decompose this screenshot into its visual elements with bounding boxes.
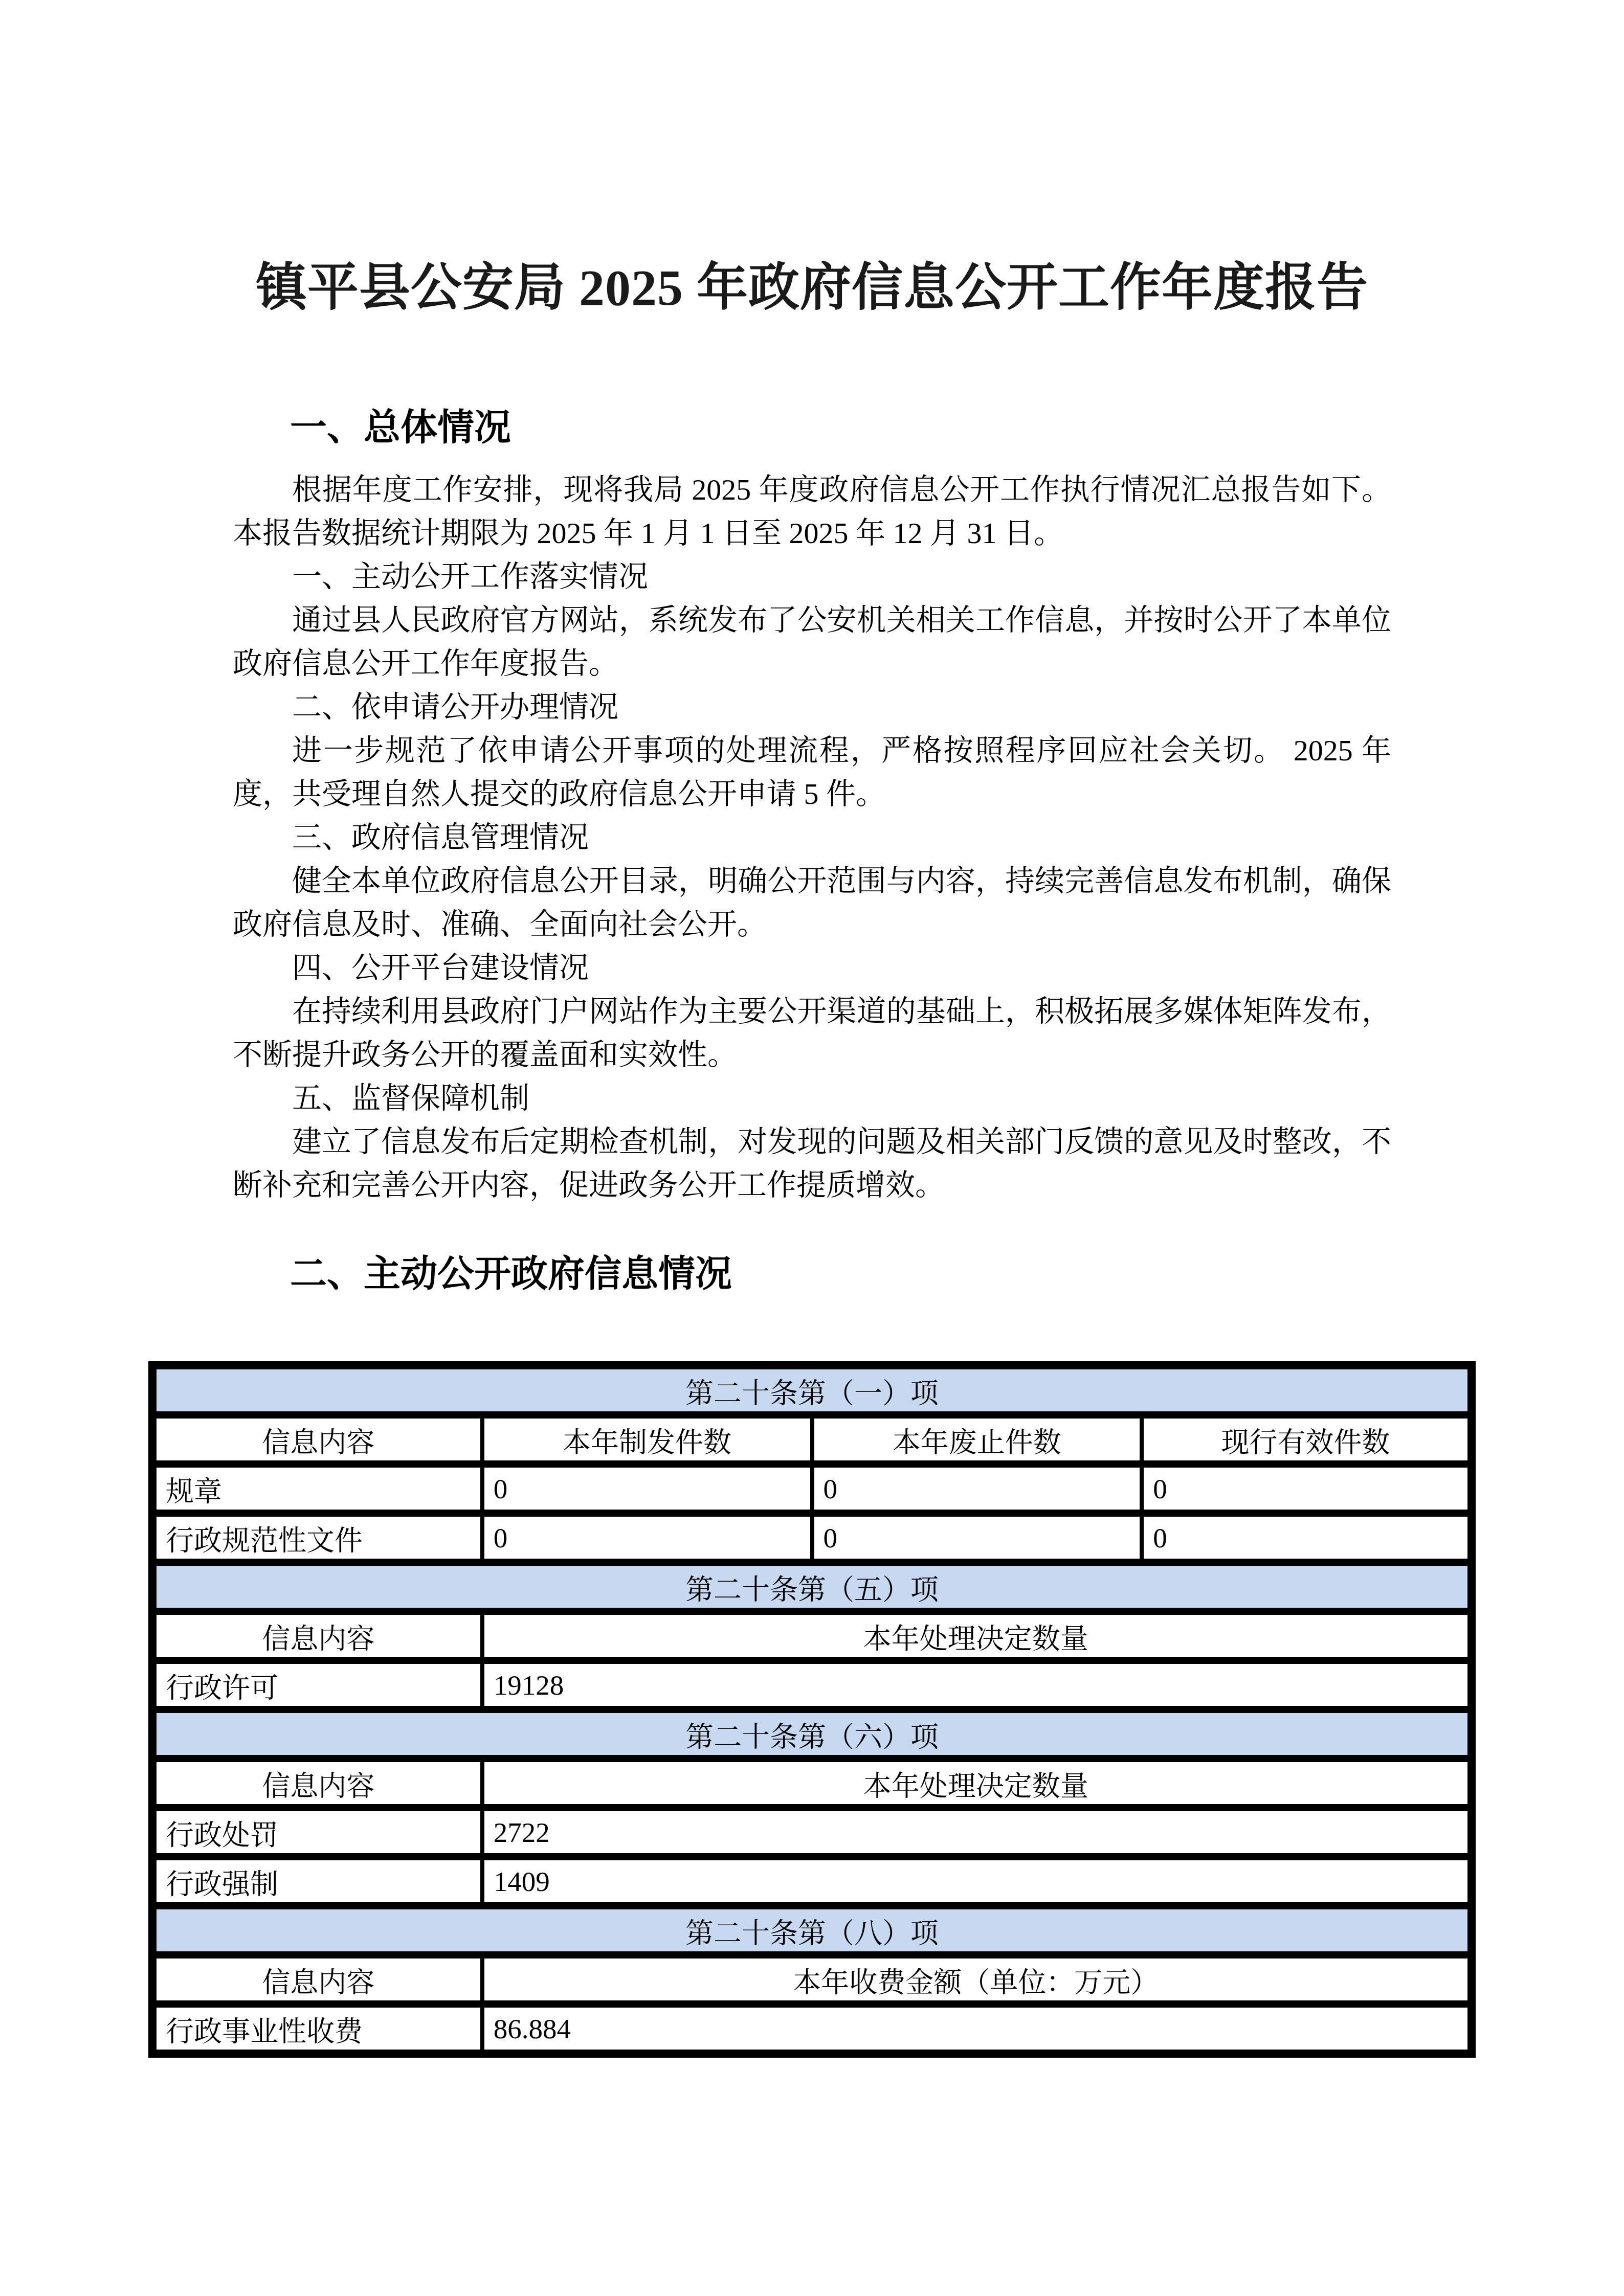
- table-cell-label: 行政许可: [152, 1660, 482, 1709]
- table-section-band-row: 第二十条第（五）项: [152, 1562, 1472, 1611]
- paragraph: 根据年度工作安排，现将我局 2025 年度政府信息公开工作执行情况汇总报告如下。…: [233, 468, 1391, 555]
- table-cell-value: 0: [482, 1513, 812, 1562]
- table-row: 行政事业性收费86.884: [152, 2004, 1472, 2054]
- table-cell-value: 86.884: [482, 2004, 1472, 2054]
- table-cell-label: 行政强制: [152, 1857, 482, 1906]
- table-row: 信息内容本年处理决定数量: [152, 1759, 1472, 1808]
- paragraph: 在持续利用县政府门户网站作为主要公开渠道的基础上，积极拓展多媒体矩阵发布，不断提…: [233, 989, 1391, 1076]
- table-cell-value: 0: [482, 1464, 812, 1513]
- table-cell-value: 0: [1142, 1513, 1472, 1562]
- table-row: 行政许可19128: [152, 1660, 1472, 1709]
- document-title: 镇平县公安局 2025 年政府信息公开工作年度报告: [102, 253, 1522, 322]
- table-cell-head: 本年收费金额（单位：万元）: [482, 1955, 1472, 2004]
- report-table: 第二十条第（一）项信息内容本年制发件数本年废止件数现行有效件数规章000行政规范…: [148, 1361, 1476, 2058]
- table-cell-value: 0: [812, 1513, 1142, 1562]
- table-cell-label: 行政事业性收费: [152, 2004, 482, 2054]
- paragraph: 二、依申请公开办理情况: [233, 685, 1391, 729]
- paragraph: 一、主动公开工作落实情况: [233, 555, 1391, 598]
- table-cell-label: 行政规范性文件: [152, 1513, 482, 1562]
- table-row: 行政处罚2722: [152, 1808, 1472, 1857]
- table-section-band-row: 第二十条第（六）项: [152, 1709, 1472, 1759]
- table-cell-head: 本年处理决定数量: [482, 1611, 1472, 1660]
- paragraph: 建立了信息发布后定期检查机制，对发现的问题及相关部门反馈的意见及时整改，不断补充…: [233, 1120, 1391, 1207]
- table-cell-head: 现行有效件数: [1142, 1415, 1472, 1464]
- table-cell-band: 第二十条第（一）项: [152, 1365, 1472, 1415]
- table-row: 信息内容本年制发件数本年废止件数现行有效件数: [152, 1415, 1472, 1464]
- table-section-band-row: 第二十条第（八）项: [152, 1906, 1472, 1955]
- table-row: 行政规范性文件000: [152, 1513, 1472, 1562]
- table-cell-value: 1409: [482, 1857, 1472, 1906]
- paragraph: 进一步规范了依申请公开事项的处理流程，严格按照程序回应社会关切。 2025 年度…: [233, 729, 1391, 816]
- table-cell-value: 0: [1142, 1464, 1472, 1513]
- table-row: 行政强制1409: [152, 1857, 1472, 1906]
- paragraph: 通过县人民政府官方网站，系统发布了公安机关相关工作信息，并按时公开了本单位政府信…: [233, 598, 1391, 685]
- table-cell-band: 第二十条第（八）项: [152, 1906, 1472, 1955]
- table-row: 规章000: [152, 1464, 1472, 1513]
- table-cell-head: 本年制发件数: [482, 1415, 812, 1464]
- table-cell-head: 信息内容: [152, 1415, 482, 1464]
- table-cell-head: 信息内容: [152, 1759, 482, 1808]
- document-body: 一、总体情况根据年度工作安排，现将我局 2025 年度政府信息公开工作执行情况汇…: [0, 404, 1624, 1297]
- table-cell-head: 本年处理决定数量: [482, 1759, 1472, 1808]
- paragraph: 四、公开平台建设情况: [233, 946, 1391, 989]
- table-cell-value: 2722: [482, 1808, 1472, 1857]
- table-row: 信息内容本年处理决定数量: [152, 1611, 1472, 1660]
- table-cell-head: 信息内容: [152, 1611, 482, 1660]
- report-table-body: 第二十条第（一）项信息内容本年制发件数本年废止件数现行有效件数规章000行政规范…: [152, 1365, 1472, 2054]
- paragraph: 三、政府信息管理情况: [233, 816, 1391, 859]
- table-cell-band: 第二十条第（六）项: [152, 1709, 1472, 1759]
- table-row: 信息内容本年收费金额（单位：万元）: [152, 1955, 1472, 2004]
- table-cell-label: 行政处罚: [152, 1808, 482, 1857]
- table-cell-value: 0: [812, 1464, 1142, 1513]
- document-page: 镇平县公安局 2025 年政府信息公开工作年度报告 一、总体情况根据年度工作安排…: [0, 0, 1624, 2296]
- table-cell-value: 19128: [482, 1660, 1472, 1709]
- table-cell-head: 本年废止件数: [812, 1415, 1142, 1464]
- section-heading: 二、主动公开政府信息情况: [233, 1250, 1391, 1297]
- paragraph: 健全本单位政府信息公开目录，明确公开范围与内容，持续完善信息发布机制，确保政府信…: [233, 859, 1391, 946]
- paragraph: 五、监督保障机制: [233, 1076, 1391, 1120]
- section-heading: 一、总体情况: [233, 404, 1391, 451]
- table-cell-label: 规章: [152, 1464, 482, 1513]
- table-cell-band: 第二十条第（五）项: [152, 1562, 1472, 1611]
- table-section-band-row: 第二十条第（一）项: [152, 1365, 1472, 1415]
- table-cell-head: 信息内容: [152, 1955, 482, 2004]
